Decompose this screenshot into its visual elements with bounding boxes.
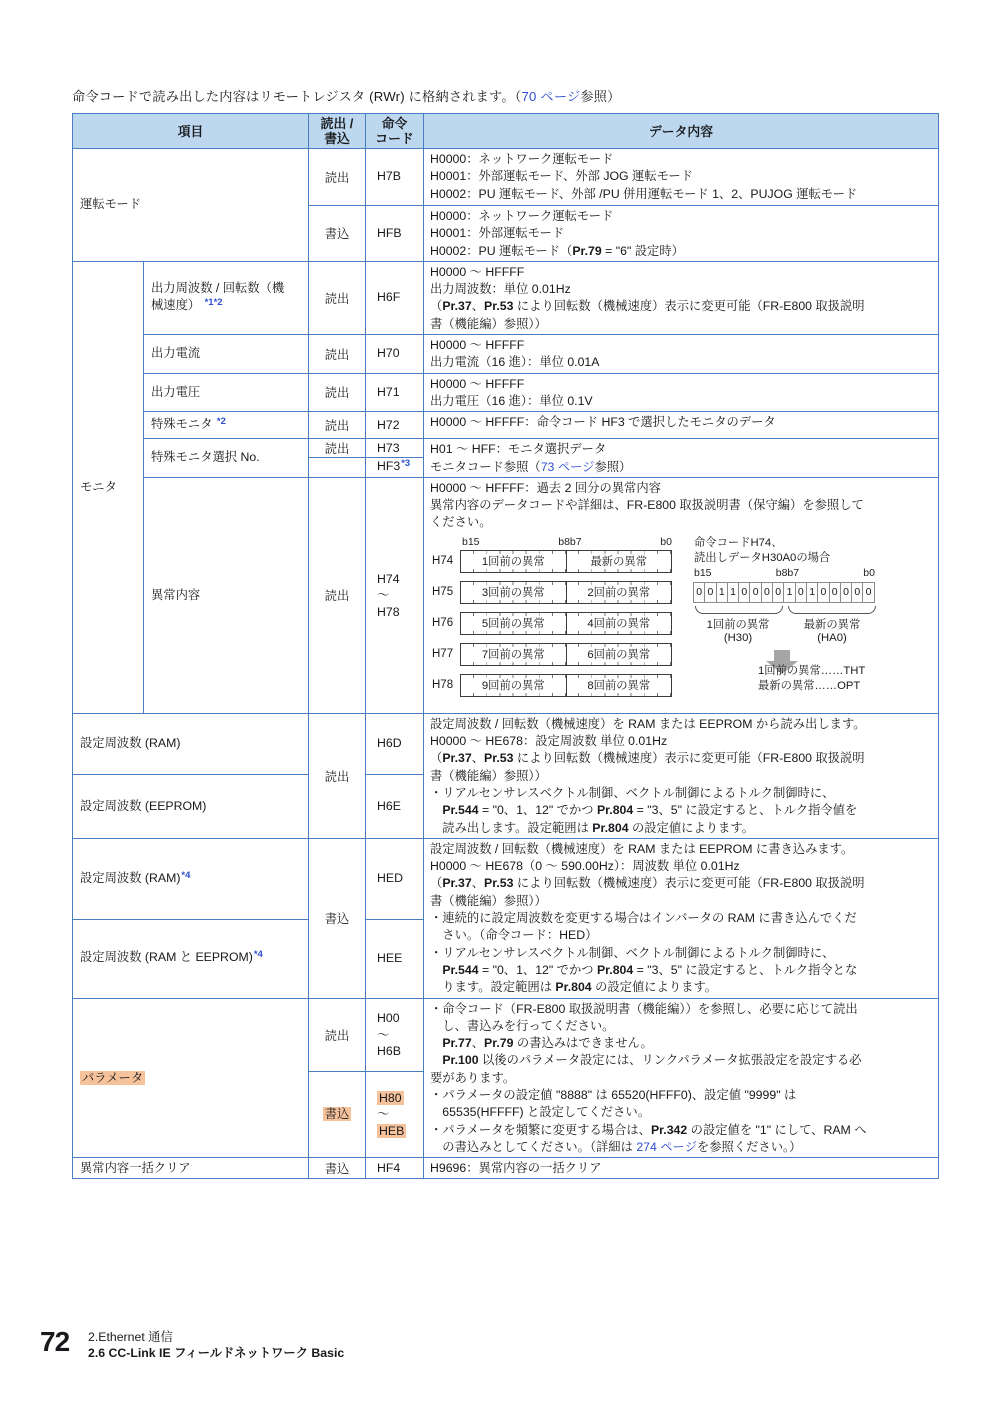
- bit-tick-marks: [461, 569, 671, 572]
- rw-read: 読出: [309, 477, 366, 713]
- bold-text: Pr.804: [597, 963, 633, 977]
- item-special-monitor: 特殊モニタ *2: [144, 412, 309, 439]
- bit-tick-marks: [461, 551, 671, 554]
- page-number: 72: [40, 1326, 69, 1358]
- item-parameter: パラメータ: [73, 998, 309, 1158]
- item-fault-content: 異常内容: [144, 477, 309, 713]
- code-h74-h78: H74～H78: [366, 477, 424, 713]
- example-bit-labels: b15 b8b7 b0: [694, 567, 875, 579]
- text-line: モニタコード参照（73 ページ参照）: [430, 459, 934, 476]
- bit-tick-marks: [461, 631, 671, 634]
- text-line: 要があります。: [430, 1070, 934, 1087]
- table-row: パラメータ 読出 H00～H6B ・命令コード（FR-E800 取扱説明書（機能…: [73, 998, 939, 1072]
- text-line: H6B: [377, 1043, 423, 1060]
- bold-text: Pr.804: [592, 821, 628, 835]
- code-h6d: H6D: [366, 713, 424, 774]
- text-line: 設定周波数 / 回転数（機械速度）を RAM または EEPROM から読み出し…: [430, 716, 934, 733]
- example-title-line1: 命令コードH74、: [694, 536, 909, 551]
- highlighted-text: H80: [377, 1091, 404, 1105]
- text-line: （Pr.37、Pr.53 により回転数（機械速度）表示に変更可能（FR-E800…: [430, 750, 934, 767]
- page-link[interactable]: 70 ページ: [522, 89, 581, 104]
- text-line: H0002：PU 運転モード（Pr.79 = "6" 設定時）: [430, 243, 934, 260]
- rw-read: 読出: [309, 335, 366, 374]
- register-box: 1回前の異常最新の異常: [460, 550, 672, 573]
- text-line: H0000 ～ HFFFF：命令コード HF3 で選択したモニタのデータ: [430, 414, 934, 431]
- code-h73: H73: [366, 439, 424, 458]
- text-line: ～: [377, 1027, 423, 1044]
- footer-chapter: 2.Ethernet 通信: [88, 1329, 344, 1345]
- code-hf3: HF3*3: [366, 458, 424, 478]
- header-data-content: データ内容: [424, 114, 939, 149]
- text-line: H00: [377, 1010, 423, 1027]
- rw-read: 読出: [309, 998, 366, 1072]
- group-monitor: モニタ: [73, 261, 144, 713]
- item-output-current: 出力電流: [144, 335, 309, 374]
- table-row: モニタ 出力周波数 / 回転数（機械速度） *1*2 読出 H6F H0000 …: [73, 261, 939, 334]
- footnote-marker: *1*2: [205, 297, 223, 308]
- low-byte-value: (HA0): [786, 632, 878, 644]
- bold-text: Pr.53: [484, 299, 513, 313]
- table-header-row: 項目 読出 /書込 命令コード データ内容: [73, 114, 939, 149]
- register-box: 7回前の異常6回前の異常: [460, 643, 672, 666]
- text-line: 読み出します。設定範囲は Pr.804 の設定値によります。: [430, 820, 934, 837]
- code-hee: HEE: [366, 919, 424, 998]
- register-box: 9回前の異常8回前の異常: [460, 674, 672, 697]
- high-byte-label: 1回前の異常: [692, 616, 784, 632]
- code-h72: H72: [366, 412, 424, 439]
- header-read-write: 読出 /書込: [309, 114, 366, 149]
- register-bit-labels: b15 b8b7 b0: [462, 536, 672, 548]
- register-row: H777回前の異常6回前の異常: [432, 643, 672, 666]
- bold-text: Pr.544: [442, 963, 478, 977]
- text-line: さい。（命令コード：HED）: [430, 927, 934, 944]
- bit-tick-marks: [461, 613, 671, 616]
- item-set-frequency-eeprom: 設定周波数 (EEPROM): [73, 775, 309, 839]
- text-line: Pr.100 以後のパラメータ設定には、リンクパラメータ拡張設定を設定する必: [430, 1052, 934, 1069]
- item-set-frequency-ram-eeprom: 設定周波数 (RAM と EEPROM)*4: [73, 919, 309, 998]
- register-row: H789回前の異常8回前の異常: [432, 674, 672, 697]
- item-operation-mode: 運転モード: [73, 149, 309, 262]
- text-line: H0001：外部運転モード、外部 JOG 運転モード: [430, 168, 934, 185]
- rw-read: 読出: [309, 439, 366, 458]
- bold-text: Pr.37: [442, 751, 471, 765]
- data-hf4: H9696：異常内容の一括クリア: [424, 1158, 939, 1179]
- bit-label-b0: b0: [660, 536, 672, 548]
- command-code-table: 項目 読出 /書込 命令コード データ内容 運転モード 読出 H7B H0000…: [72, 113, 939, 1179]
- text-line: H0000：ネットワーク運転モード: [430, 151, 934, 168]
- example-title-line2: 読出しデータH30A0の場合: [694, 551, 909, 566]
- rw-read: 読出: [309, 713, 366, 838]
- fault-history-diagram: b15 b8b7 b0 H741回前の異常最新の異常H753回前の異常2回前の異…: [432, 536, 932, 712]
- text-line: Pr.77、Pr.79 の書込みはできません。: [430, 1035, 934, 1052]
- table-row: 出力電圧 読出 H71 H0000 ～ HFFFF出力電圧（16 進）：単位 0…: [73, 373, 939, 412]
- bold-text: Pr.79: [572, 244, 601, 258]
- command-code-table-grid: 項目 読出 /書込 命令コード データ内容 運転モード 読出 H7B H0000…: [72, 113, 939, 1179]
- code-hf4: HF4: [366, 1158, 424, 1179]
- example-bit-cells: 0011000010100000: [694, 582, 875, 603]
- text-line: H78: [377, 604, 423, 621]
- table-row: 特殊モニタ選択 No. 読出 H73 H01 ～ HFF：モニタ選択データモニタ…: [73, 439, 939, 458]
- text-line: 書込: [309, 1106, 365, 1123]
- text-line: H0000 ～ HFFFF: [430, 376, 934, 393]
- text-line: ～: [377, 1106, 423, 1123]
- brace-high-byte: [695, 606, 783, 614]
- text-line: H0000 ～ HFFFF：過去 2 回分の異常内容: [430, 480, 934, 497]
- register-code: H76: [432, 617, 460, 629]
- code-h6e: H6E: [366, 775, 424, 839]
- bit-label-b15: b15: [694, 567, 712, 579]
- data-fault: H0000 ～ HFFFF：過去 2 回分の異常内容異常内容のデータコードや詳細…: [424, 477, 939, 713]
- table-row: 設定周波数 (RAM)*4 書込 HED 設定周波数 / 回転数（機械速度）を …: [73, 838, 939, 919]
- bold-text: Pr.342: [651, 1123, 687, 1137]
- text-line: Pr.544 = "0、1、12" でかつ Pr.804 = "3、5" に設定…: [430, 962, 934, 979]
- data-h7b: H0000：ネットワーク運転モードH0001：外部運転モード、外部 JOG 運転…: [424, 149, 939, 206]
- bit-label-b8b7: b8b7: [776, 567, 799, 579]
- highlighted-text: 書込: [323, 1107, 352, 1121]
- header-rw-line2: 書込: [309, 131, 365, 146]
- code-h00-h6b: H00～H6B: [366, 998, 424, 1072]
- bit-label-b0: b0: [863, 567, 875, 579]
- text-line: の書込みとしてください。（詳細は 274 ページを参照ください。）: [430, 1139, 934, 1156]
- intro-sentence: 命令コードで読み出した内容はリモートレジスタ (RWr) に格納されます。（70…: [72, 86, 621, 105]
- text-line: H01 ～ HFF：モニタ選択データ: [430, 441, 934, 458]
- bit-tick-marks: [461, 644, 671, 647]
- table-row: 運転モード 読出 H7B H0000：ネットワーク運転モードH0001：外部運転…: [73, 149, 939, 206]
- highlighted-text: HEB: [377, 1124, 406, 1138]
- bold-text: Pr.544: [442, 803, 478, 817]
- item-special-monitor-select: 特殊モニタ選択 No.: [144, 439, 309, 478]
- data-h73-lines: H01 ～ HFF：モニタ選択データモニタコード参照（73 ページ参照）: [430, 441, 934, 476]
- item-set-frequency-ram: 設定周波数 (RAM): [73, 713, 309, 774]
- rw-write: 書込: [309, 206, 366, 262]
- register-row: H753回前の異常2回前の異常: [432, 581, 672, 604]
- text-line: HF3*3: [377, 458, 423, 477]
- header-rw-line1: 読出 /: [309, 116, 365, 131]
- text-line: 異常内容のデータコードや詳細は、FR-E800 取扱説明書（保守編）を参照して: [430, 497, 934, 514]
- text-line: ・連続的に設定周波数を変更する場合はインバータの RAM に書き込んでくだ: [430, 910, 934, 927]
- highlighted-text: パラメータ: [80, 1071, 145, 1085]
- data-write-frequency: 設定周波数 / 回転数（機械速度）を RAM または EEPROM に書き込みま…: [424, 838, 939, 998]
- bold-text: Pr.53: [484, 876, 513, 890]
- footnote-marker: *2: [217, 416, 226, 427]
- text-line: 書（機能編）参照））: [430, 768, 934, 785]
- item-output-frequency: 出力周波数 / 回転数（機械速度） *1*2: [144, 261, 309, 334]
- text-line: 書（機能編）参照））: [430, 893, 934, 910]
- text-line: ・リアルセンサレスベクトル制御、ベクトル制御によるトルク制御時に、: [430, 945, 934, 962]
- item-output-voltage: 出力電圧: [144, 373, 309, 412]
- footer-subsection: 2.6 CC-Link IE フィールドネットワーク Basic: [88, 1345, 344, 1361]
- text-line: 出力周波数：単位 0.01Hz: [430, 281, 934, 298]
- bit-tick-marks: [461, 582, 671, 585]
- register-code: H77: [432, 648, 460, 660]
- read-example: 命令コードH74、 読出しデータH30A0の場合 b15 b8b7 b0 001…: [694, 536, 909, 566]
- text-line: （Pr.37、Pr.53 により回転数（機械速度）表示に変更可能（FR-E800…: [430, 875, 934, 892]
- table-row: 特殊モニタ *2 読出 H72 H0000 ～ HFFFF：命令コード HF3 …: [73, 412, 939, 439]
- table-row: 異常内容一括クリア 書込 HF4 H9696：異常内容の一括クリア: [73, 1158, 939, 1179]
- data-parameter: ・命令コード（FR-E800 取扱説明書（機能編））を参照し、必要に応じて読出 …: [424, 998, 939, 1158]
- data-h6f: H0000 ～ HFFFF出力周波数：単位 0.01Hz（Pr.37、Pr.53…: [424, 261, 939, 334]
- data-h72: H0000 ～ HFFFF：命令コード HF3 で選択したモニタのデータ: [424, 412, 939, 439]
- rw-write: 書込: [309, 1072, 366, 1158]
- code-hed: HED: [366, 838, 424, 919]
- rw-read: 読出: [309, 412, 366, 439]
- text-line: H0000 ～ HFFFF: [430, 264, 934, 281]
- page-link[interactable]: 274 ページ: [636, 1140, 697, 1154]
- bold-text: Pr.77: [442, 1036, 471, 1050]
- text-line: ・命令コード（FR-E800 取扱説明書（機能編））を参照し、必要に応じて読出: [430, 1001, 934, 1018]
- header-item: 項目: [73, 114, 309, 149]
- bold-text: Pr.53: [484, 751, 513, 765]
- register-row: H765回前の異常4回前の異常: [432, 612, 672, 635]
- bit-tick-marks: [461, 693, 671, 696]
- text-line: し、書込みを行ってください。: [430, 1018, 934, 1035]
- rw-read: 読出: [309, 373, 366, 412]
- text-line: H0002：PU 運転モード、外部 /PU 併用運転モード 1、2、PUJOG …: [430, 186, 934, 203]
- rw-read: 読出: [309, 261, 366, 334]
- bit-tick-marks: [461, 675, 671, 678]
- page-link[interactable]: 73 ページ: [541, 460, 595, 474]
- bold-text: Pr.37: [442, 299, 471, 313]
- bold-text: Pr.804: [555, 980, 591, 994]
- data-h70: H0000 ～ HFFFF出力電流（16 進）：単位 0.01A: [424, 335, 939, 374]
- bold-text: Pr.37: [442, 876, 471, 890]
- bold-text: Pr.100: [442, 1053, 478, 1067]
- bit-label-b15: b15: [462, 536, 480, 548]
- text-line: 設定周波数 (RAM と EEPROM)*4: [80, 949, 304, 968]
- register-box: 5回前の異常4回前の異常: [460, 612, 672, 635]
- brace-low-byte: [788, 606, 876, 614]
- text-line: H0000 ～ HE678（0 ～ 590.00Hz）：周波数 単位 0.01H…: [430, 858, 934, 875]
- data-hfb: H0000：ネットワーク運転モードH0001：外部運転モードH0002：PU 運…: [424, 206, 939, 262]
- text-line: H0000：ネットワーク運転モード: [430, 208, 934, 225]
- register-row: H741回前の異常最新の異常: [432, 550, 672, 573]
- text-line: 械速度） *1*2: [151, 297, 304, 316]
- example-result-line2: 最新の異常……OPT: [758, 677, 860, 693]
- data-read-frequency: 設定周波数 / 回転数（機械速度）を RAM または EEPROM から読み出し…: [424, 713, 939, 838]
- text-line: 設定周波数 / 回転数（機械速度）を RAM または EEPROM に書き込みま…: [430, 841, 934, 858]
- table-row: 設定周波数 (RAM) 読出 H6D 設定周波数 / 回転数（機械速度）を RA…: [73, 713, 939, 774]
- item-set-frequency-ram-write: 設定周波数 (RAM)*4: [73, 838, 309, 919]
- text-line: ください。: [430, 514, 934, 531]
- text-line: パラメータ: [80, 1070, 304, 1087]
- example-result-line1: 1回前の異常……THT: [758, 662, 865, 678]
- data-h71: H0000 ～ HFFFF出力電圧（16 進）：単位 0.1V: [424, 373, 939, 412]
- bit-tick-marks: [461, 600, 671, 603]
- rw-read: 読出: [309, 149, 366, 206]
- text-line: H74: [377, 571, 423, 588]
- item-fault-clear: 異常内容一括クリア: [73, 1158, 309, 1179]
- rw-write: [309, 458, 366, 478]
- footer-section: 2.Ethernet 通信 2.6 CC-Link IE フィールドネットワーク…: [88, 1329, 344, 1361]
- register-code: H74: [432, 555, 460, 567]
- text-line: 特殊モニタ *2: [151, 416, 304, 435]
- bold-text: Pr.79: [484, 1036, 513, 1050]
- footnote-marker: *4: [254, 949, 263, 960]
- text-line: 出力電圧（16 進）：単位 0.1V: [430, 393, 934, 410]
- text-line: （Pr.37、Pr.53 により回転数（機械速度）表示に変更可能（FR-E800…: [430, 298, 934, 315]
- high-byte-value: (H30): [692, 632, 784, 644]
- text-line: ～: [377, 587, 423, 604]
- text-line: ります。設定範囲は Pr.804 の設定値によります。: [430, 979, 934, 996]
- fault-intro-lines: H0000 ～ HFFFF：過去 2 回分の異常内容異常内容のデータコードや詳細…: [430, 480, 934, 532]
- header-command-code: 命令コード: [366, 114, 424, 149]
- text-line: Pr.544 = "0、1、12" でかつ Pr.804 = "3、5" に設定…: [430, 802, 934, 819]
- rw-write: 書込: [309, 838, 366, 998]
- text-line: H80: [377, 1090, 423, 1107]
- low-byte-label: 最新の異常: [786, 616, 878, 632]
- text-line: 書（機能編）参照））: [430, 316, 934, 333]
- text-line: H0000 ～ HFFFF: [430, 337, 934, 354]
- header-code-line2: コード: [366, 131, 423, 146]
- text-line: HEB: [377, 1123, 423, 1140]
- code-h71: H71: [366, 373, 424, 412]
- bold-text: Pr.804: [597, 803, 633, 817]
- text-line: 命令コードで読み出した内容はリモートレジスタ (RWr) に格納されます。（70…: [72, 86, 621, 105]
- text-line: ・リアルセンサレスベクトル制御、ベクトル制御によるトルク制御時に、: [430, 785, 934, 802]
- bit-cell: 0: [862, 582, 874, 603]
- header-code-line1: 命令: [366, 116, 423, 131]
- text-line: 設定周波数 (RAM)*4: [80, 870, 304, 889]
- code-hfb: HFB: [366, 206, 424, 262]
- text-line: ・パラメータを頻繁に変更する場合は、Pr.342 の設定値を "1" にして、R…: [430, 1122, 934, 1139]
- text-line: ・パラメータの設定値 "8888" は 65520(HFFF0)、設定値 "99…: [430, 1087, 934, 1104]
- table-row: 出力電流 読出 H70 H0000 ～ HFFFF出力電流（16 進）：単位 0…: [73, 335, 939, 374]
- text-line: 65535(HFFFF) と設定してください。: [430, 1104, 934, 1121]
- text-line: H0001：外部運転モード: [430, 225, 934, 242]
- rw-write: 書込: [309, 1158, 366, 1179]
- code-h80-heb: H80～HEB: [366, 1072, 424, 1158]
- footnote-marker: *4: [181, 870, 190, 881]
- code-h6f: H6F: [366, 261, 424, 334]
- register-code: H78: [432, 679, 460, 691]
- register-code: H75: [432, 586, 460, 598]
- bit-tick-marks: [461, 662, 671, 665]
- register-box: 3回前の異常2回前の異常: [460, 581, 672, 604]
- code-h70: H70: [366, 335, 424, 374]
- text-line: H0000 ～ HE678：設定周波数 単位 0.01Hz: [430, 733, 934, 750]
- data-h73: H01 ～ HFF：モニタ選択データモニタコード参照（73 ページ参照）: [424, 439, 939, 478]
- text-line: H9696：異常内容の一括クリア: [430, 1160, 934, 1177]
- text-line: 出力周波数 / 回転数（機: [151, 280, 304, 297]
- bit-label-b8b7: b8b7: [558, 536, 581, 548]
- table-row: 異常内容 読出 H74～H78 H0000 ～ HFFFF：過去 2 回分の異常…: [73, 477, 939, 713]
- footnote-marker: *3: [401, 458, 410, 469]
- code-h7b: H7B: [366, 149, 424, 206]
- text-line: 出力電流（16 進）：単位 0.01A: [430, 354, 934, 371]
